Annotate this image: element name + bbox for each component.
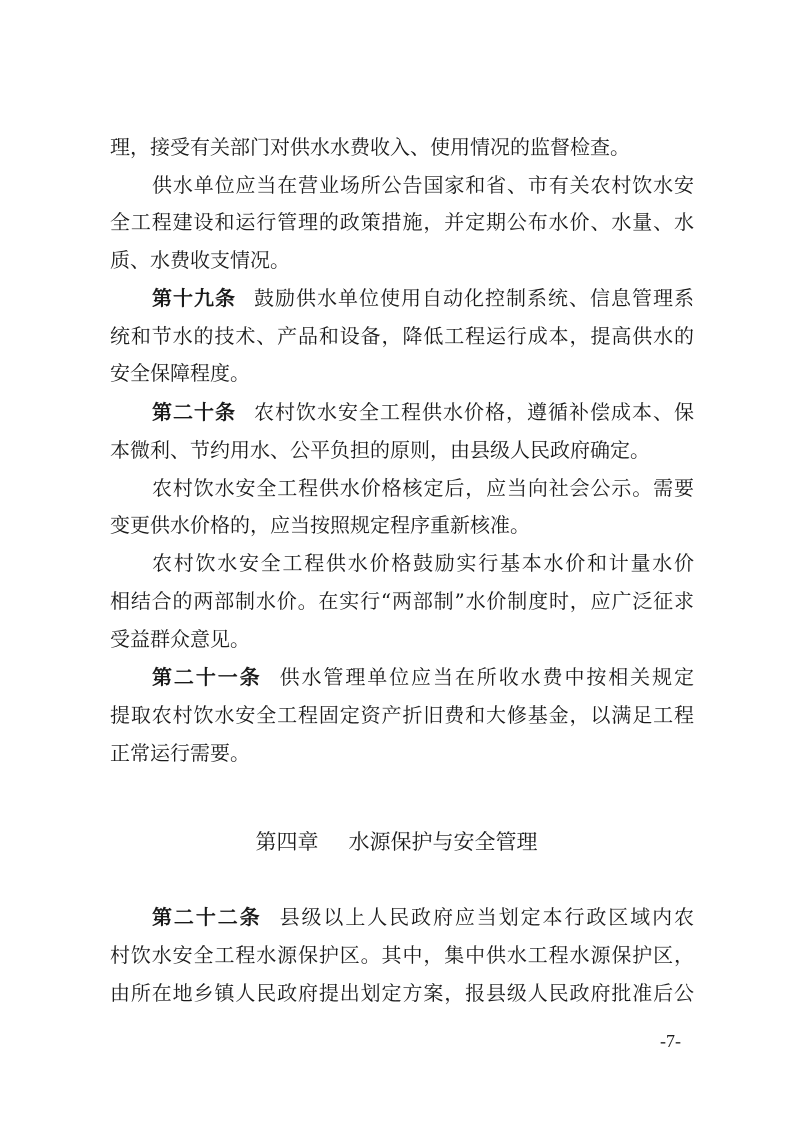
article-text: 县级以上人民政府应当划定本行政区域内农 bbox=[280, 905, 694, 929]
article-22-line: 第二十二条县级以上人民政府应当划定本行政区域内农 bbox=[152, 902, 694, 932]
page-number: -7- bbox=[660, 1030, 681, 1052]
article-heading: 第十九条 bbox=[152, 286, 236, 310]
paragraph-line: 安全保障程度。 bbox=[110, 358, 694, 388]
paragraph-line: 本微利、节约用水、公平负担的原则，由县级人民政府确定。 bbox=[110, 435, 694, 465]
article-text: 鼓励供水单位使用自动化控制系统、信息管理系 bbox=[254, 286, 694, 310]
article-heading: 第二十二条 bbox=[152, 905, 262, 929]
chapter-number: 第四章 bbox=[256, 830, 319, 854]
paragraph-line: 质、水费收支情况。 bbox=[110, 245, 694, 275]
article-text: 农村饮水安全工程供水价格，遵循补偿成本、保 bbox=[254, 400, 694, 424]
paragraph-line: 统和节水的技术、产品和设备，降低工程运行成本，提高供水的 bbox=[110, 321, 694, 351]
chapter-heading: 第四章水源保护与安全管理 bbox=[0, 826, 793, 858]
article-heading: 第二十一条 bbox=[152, 665, 262, 689]
paragraph-line: 农村饮水安全工程供水价格核定后，应当向社会公示。需要 bbox=[152, 473, 694, 503]
paragraph-line: 村饮水安全工程水源保护区。其中，集中供水工程水源保护区， bbox=[110, 940, 694, 970]
article-heading: 第二十条 bbox=[152, 400, 236, 424]
article-19-line: 第十九条鼓励供水单位使用自动化控制系统、信息管理系 bbox=[152, 283, 694, 313]
article-20-line: 第二十条农村饮水安全工程供水价格，遵循补偿成本、保 bbox=[152, 397, 694, 427]
paragraph-line: 由所在地乡镇人民政府提出划定方案，报县级人民政府批准后公 bbox=[110, 978, 694, 1008]
paragraph-line: 理，接受有关部门对供水水费收入、使用情况的监督检查。 bbox=[110, 132, 694, 162]
paragraph-line: 正常运行需要。 bbox=[110, 738, 694, 768]
paragraph-line: 相结合的两部制水价。在实行“两部制”水价制度时，应广泛征求 bbox=[110, 586, 694, 616]
paragraph-line: 受益群众意见。 bbox=[110, 624, 694, 654]
paragraph-line: 供水单位应当在营业场所公告国家和省、市有关农村饮水安 bbox=[152, 170, 694, 200]
paragraph-line: 提取农村饮水安全工程固定资产折旧费和大修基金，以满足工程 bbox=[110, 700, 694, 730]
paragraph-line: 变更供水价格的，应当按照规定程序重新核准。 bbox=[110, 510, 694, 540]
chapter-title: 水源保护与安全管理 bbox=[349, 830, 538, 854]
article-text: 供水管理单位应当在所收水费中按相关规定 bbox=[280, 665, 694, 689]
paragraph-line: 全工程建设和运行管理的政策措施，并定期公布水价、水量、水 bbox=[110, 207, 694, 237]
document-page: 理，接受有关部门对供水水费收入、使用情况的监督检查。 供水单位应当在营业场所公告… bbox=[0, 0, 793, 1122]
article-21-line: 第二十一条供水管理单位应当在所收水费中按相关规定 bbox=[152, 662, 694, 692]
paragraph-line: 农村饮水安全工程供水价格鼓励实行基本水价和计量水价 bbox=[152, 548, 694, 578]
